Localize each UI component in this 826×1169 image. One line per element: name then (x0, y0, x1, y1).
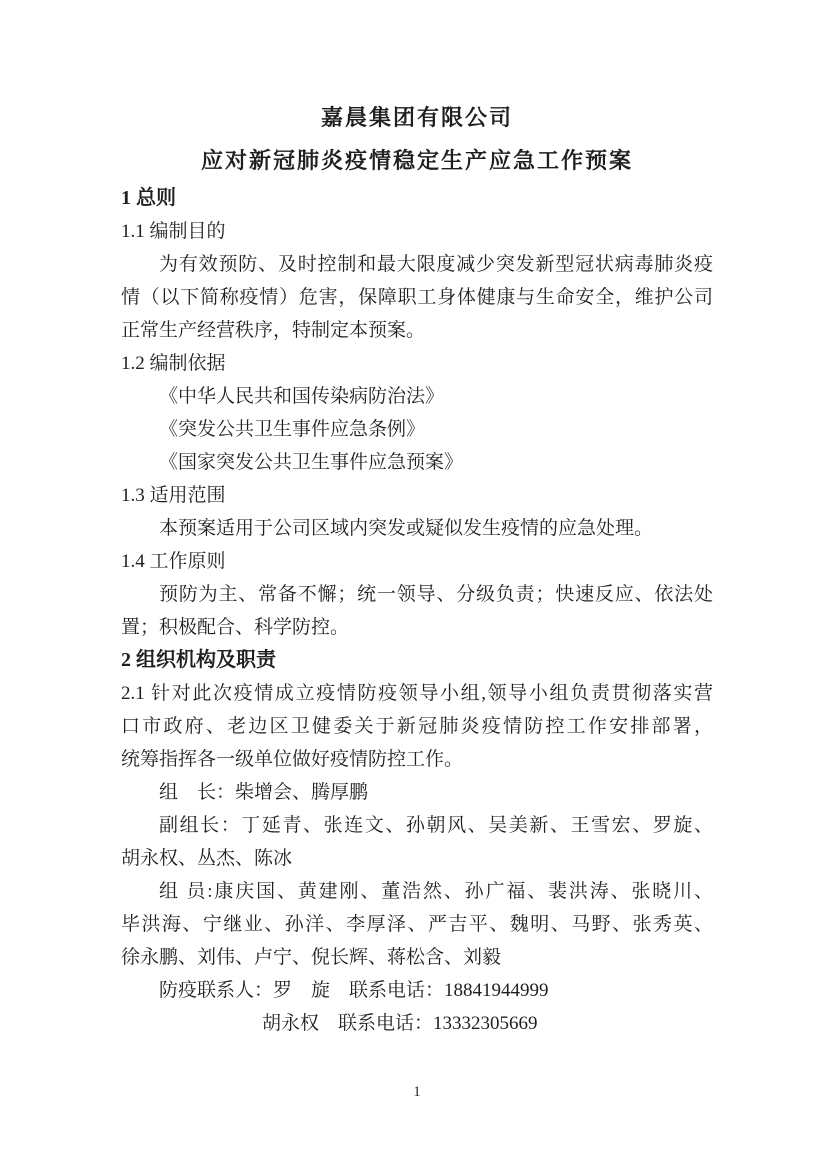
reference-document-line: 《中华人民共和国传染病防治法》 (121, 380, 713, 413)
section-2-heading: 2 组织机构及职责 (121, 644, 713, 677)
section-1-3-heading: 1.3 适用范围 (121, 479, 713, 512)
group-members-line: 组 员:康庆国、黄建刚、董浩然、孙广福、裴洪涛、张晓川、 (121, 875, 713, 908)
document-page: 嘉晨集团有限公司 应对新冠肺炎疫情稳定生产应急工作预案 1 总则 1.1 编制目… (0, 0, 826, 1169)
section-1-heading: 1 总则 (121, 182, 713, 215)
section-1-3-paragraph-line: 本预案适用于公司区域内突发或疑似发生疫情的应急处理。 (121, 512, 713, 545)
page-number: 1 (121, 1082, 713, 1102)
section-2-1-paragraph-line: 口市政府、老边区卫健委关于新冠肺炎疫情防控工作安排部署， (121, 710, 713, 743)
document-subtitle: 应对新冠肺炎疫情稳定生产应急工作预案 (121, 139, 713, 182)
section-2-1-paragraph-line: 统筹指挥各一级单位做好疫情防控工作。 (121, 743, 713, 776)
document-title: 嘉晨集团有限公司 (121, 96, 713, 139)
contact-person-line-1: 防疫联系人：罗 旋 联系电话：18841944999 (121, 974, 713, 1007)
section-1-1-heading: 1.1 编制目的 (121, 215, 713, 248)
deputy-leaders-line: 胡永权、丛杰、陈冰 (121, 842, 713, 875)
section-1-4-paragraph-line: 置；积极配合、科学防控。 (121, 611, 713, 644)
group-leader-line: 组 长：柴增会、腾厚鹏 (121, 776, 713, 809)
section-2-1-paragraph-line: 2.1 针对此次疫情成立疫情防疫领导小组,领导小组负责贯彻落实营 (121, 677, 713, 710)
section-1-1-paragraph-line: 为有效预防、及时控制和最大限度减少突发新型冠状病毒肺炎疫 (121, 248, 713, 281)
deputy-leaders-line: 副组长：丁延青、张连文、孙朝风、吴美新、王雪宏、罗旋、 (121, 809, 713, 842)
section-1-4-heading: 1.4 工作原则 (121, 545, 713, 578)
reference-document-line: 《国家突发公共卫生事件应急预案》 (121, 446, 713, 479)
group-members-line: 毕洪海、宁继业、孙洋、李厚泽、严吉平、魏明、马野、张秀英、 (121, 908, 713, 941)
reference-document-line: 《突发公共卫生事件应急条例》 (121, 413, 713, 446)
group-members-line: 徐永鹏、刘伟、卢宁、倪长辉、蒋松含、刘毅 (121, 941, 713, 974)
section-1-1-paragraph-line: 正常生产经营秩序，特制定本预案。 (121, 314, 713, 347)
contact-person-line-2: 胡永权 联系电话：13332305669 (121, 1007, 713, 1040)
section-1-1-paragraph-line: 情（以下简称疫情）危害，保障职工身体健康与生命安全，维护公司 (121, 281, 713, 314)
section-1-4-paragraph-line: 预防为主、常备不懈；统一领导、分级负责；快速反应、依法处 (121, 578, 713, 611)
section-1-2-heading: 1.2 编制依据 (121, 347, 713, 380)
